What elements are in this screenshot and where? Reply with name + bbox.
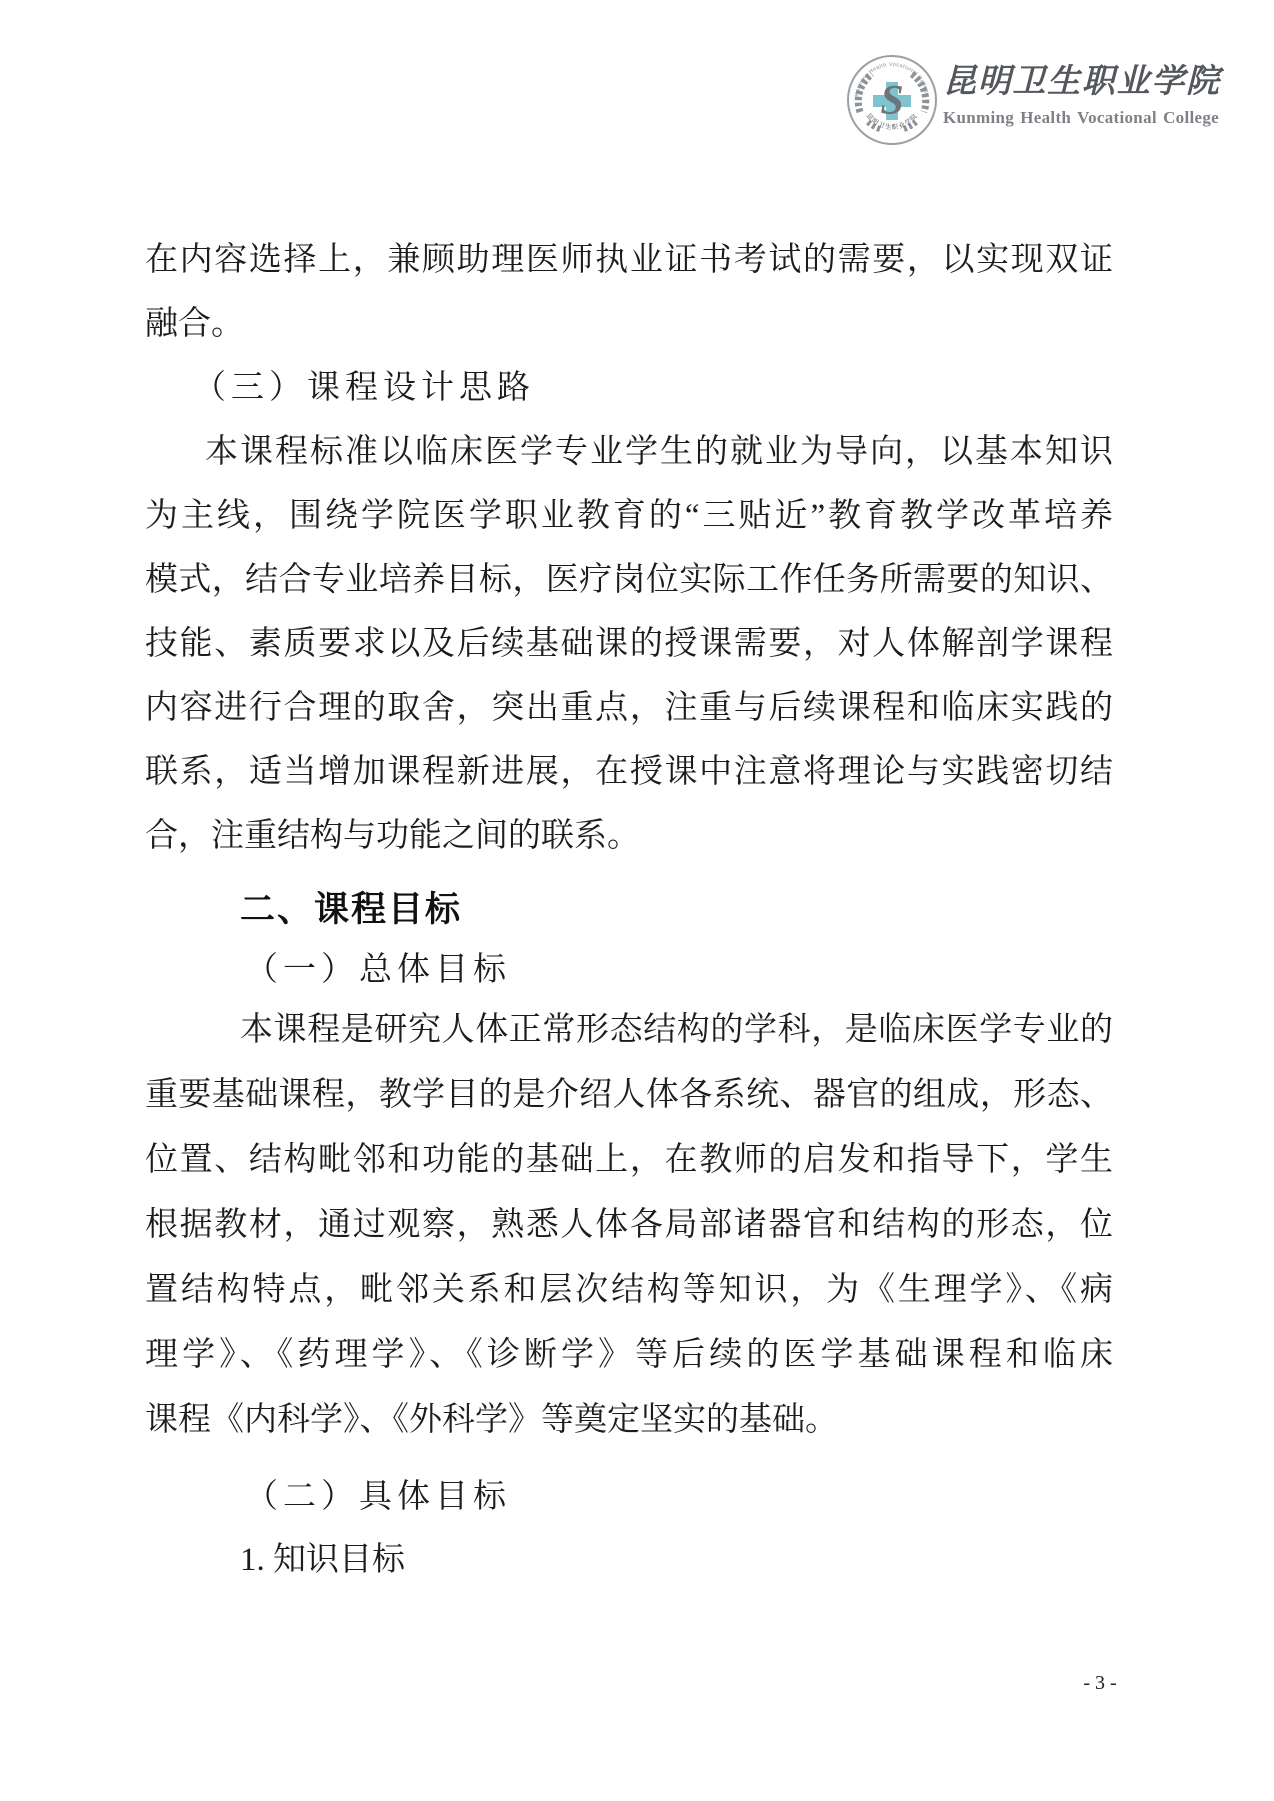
text-line: 在内容选择上，兼顾助理医师执业证书考试的需要，以实现双证 [145, 228, 1113, 292]
text-line: 为主线，围绕学院医学职业教育的“三贴近”教育教学改革培养 [145, 484, 1113, 548]
heading-course-design: （三）课程设计思路 [145, 356, 1113, 420]
text-line: 理学》、《药理学》、《诊断学》等后续的医学基础课程和临床 [145, 1323, 1113, 1388]
seal-icon: S Kunming Health Vocational College 昆明卫生… [846, 54, 938, 146]
text-line: 根据教材，通过观察，熟悉人体各局部诸器官和结构的形态，位 [145, 1193, 1113, 1258]
item-knowledge-objective: 1. 知识目标 [145, 1529, 1113, 1591]
text-line: 置结构特点，毗邻关系和层次结构等知识，为《生理学》、《病 [145, 1258, 1113, 1323]
heading-overall-objective: （一）总体目标 [145, 942, 1113, 998]
college-name-en: Kunming Health Vocational College [943, 108, 1219, 128]
paragraph-overall-objective: 本课程是研究人体正常形态结构的学科，是临床医学专业的 重要基础课程，教学目的是介… [145, 998, 1113, 1453]
text-line: 融合。 [145, 292, 1113, 356]
college-name-block: 昆明卫生职业学院 Kunming Health Vocational Colle… [943, 58, 1223, 128]
heading-specific-objective: （二）具体目标 [145, 1465, 1113, 1529]
text-line: 位置、结构毗邻和功能的基础上，在教师的启发和指导下，学生 [145, 1128, 1113, 1193]
heading-course-objectives: 二、课程目标 [145, 878, 1113, 942]
text-line: 模式，结合专业培养目标，医疗岗位实际工作任务所需要的知识、 [145, 548, 1113, 612]
text-line: 本课程标准以临床医学专业学生的就业为导向，以基本知识 [145, 420, 1113, 484]
text-line: 合，注重结构与功能之间的联系。 [145, 804, 1113, 868]
college-name-zh: 昆明卫生职业学院 [943, 58, 1219, 106]
dragon-monogram: S [880, 78, 903, 124]
text-line: 重要基础课程，教学目的是介绍人体各系统、器官的组成，形态、 [145, 1063, 1113, 1128]
text-line: 联系，适当增加课程新进展，在授课中注意将理论与实践密切结 [145, 740, 1113, 804]
document-page: S Kunming Health Vocational College 昆明卫生… [0, 0, 1274, 1801]
text-line: 本课程是研究人体正常形态结构的学科，是临床医学专业的 [145, 998, 1113, 1063]
paragraph-course-design: 本课程标准以临床医学专业学生的就业为导向，以基本知识 为主线，围绕学院医学职业教… [145, 420, 1113, 868]
text-line: 技能、素质要求以及后续基础课的授课需要，对人体解剖学课程 [145, 612, 1113, 676]
text-line: 课程《内科学》、《外科学》等奠定坚实的基础。 [145, 1388, 1113, 1453]
college-seal-logo: S Kunming Health Vocational College 昆明卫生… [846, 54, 938, 146]
document-body: 在内容选择上，兼顾助理医师执业证书考试的需要，以实现双证 融合。 （三）课程设计… [145, 228, 1113, 1591]
page-number: - 3 - [1040, 1672, 1160, 1695]
text-line: 内容进行合理的取舍，突出重点，注重与后续课程和临床实践的 [145, 676, 1113, 740]
